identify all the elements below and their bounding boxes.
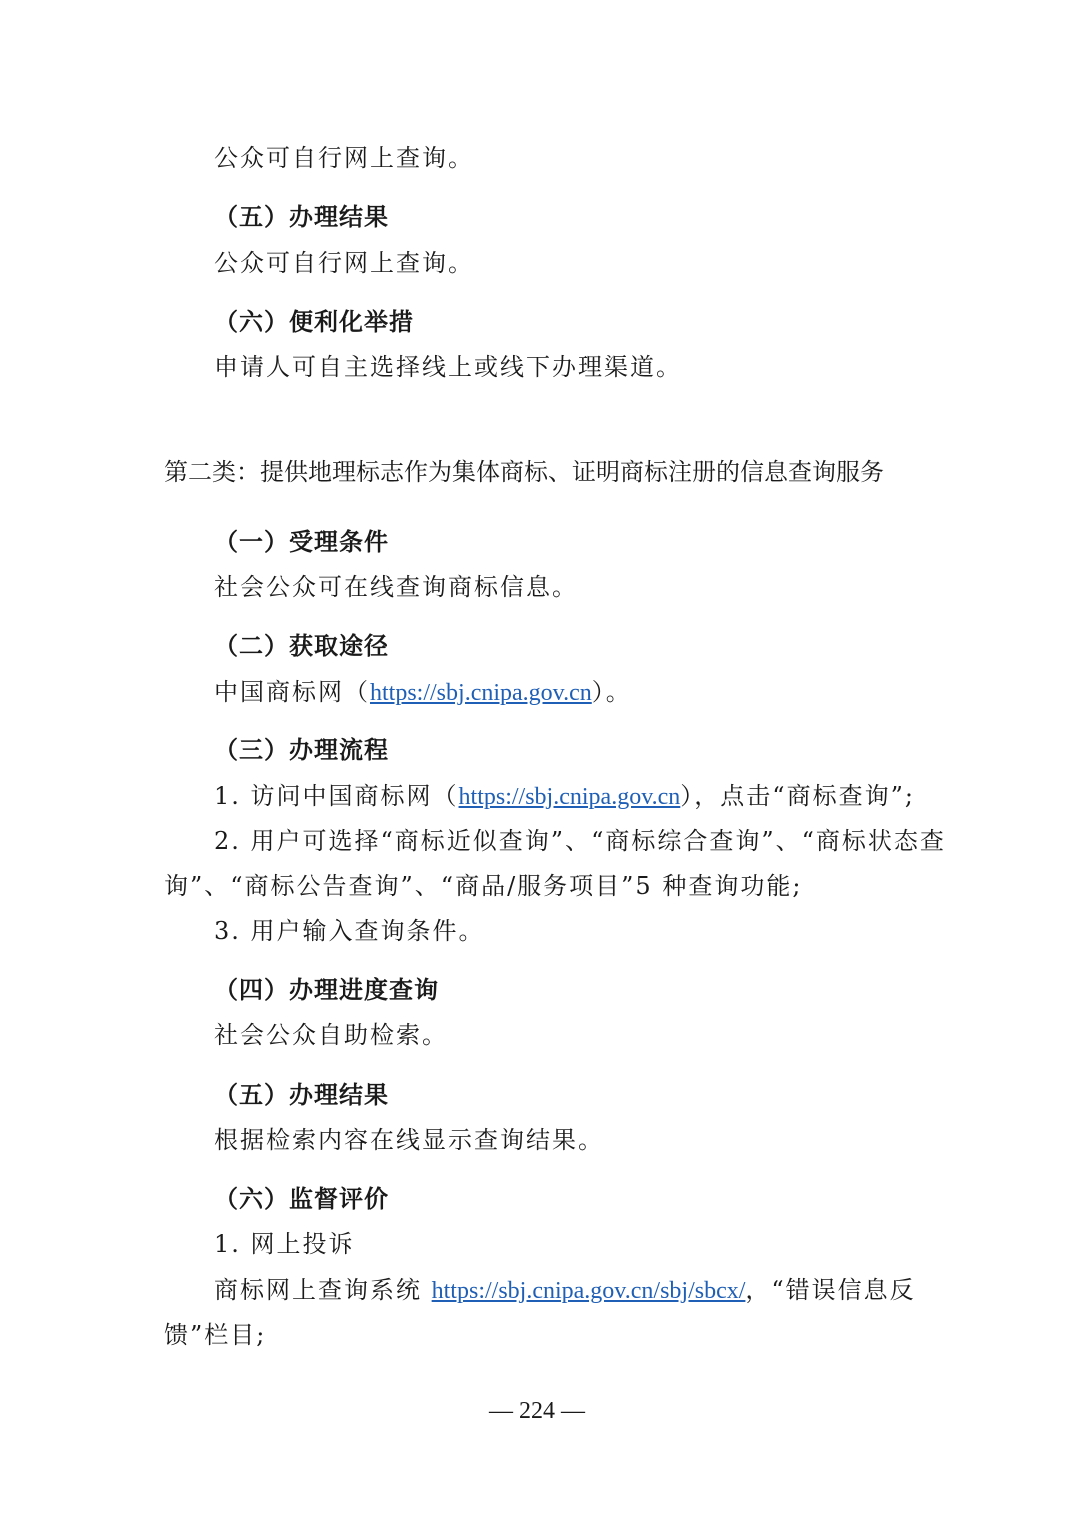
section-heading: （一）受理条件 (214, 527, 389, 557)
section-heading: （四）办理进度查询 (214, 975, 439, 1005)
section-heading: （六）监督评价 (214, 1184, 389, 1214)
text: ，“错误信息反 (745, 1276, 915, 1304)
page-number: — 224 — (0, 1398, 1074, 1425)
cnipa-link[interactable]: https://sbj.cnipa.gov.cn (370, 680, 592, 706)
text: 中国商标网（ (214, 678, 370, 706)
sbcx-link[interactable]: https://sbj.cnipa.gov.cn/sbj/sbcx/ (432, 1278, 746, 1304)
text: 商标网上查询系统 (214, 1276, 432, 1304)
paragraph: 根据检索内容在线显示查询结果。 (214, 1125, 604, 1155)
paragraph: 商标网上查询系统 https://sbj.cnipa.gov.cn/sbj/sb… (214, 1275, 916, 1306)
paragraph: 公众可自行网上查询。 (214, 248, 474, 278)
list-item: 1. 网上投诉 (214, 1229, 355, 1259)
step-2: 2. 用户可选择“商标近似查询”、“商标综合查询”、“商标状态查 (214, 826, 946, 856)
section-heading: （二）获取途径 (214, 631, 389, 661)
step-2-cont: 询”、“商标公告查询”、“商品/服务项目”5 种查询功能; (164, 871, 802, 901)
section-heading: （六）便利化举措 (214, 307, 414, 337)
paragraph-cont: 馈”栏目; (164, 1320, 266, 1350)
step-1: 1. 访问中国商标网（https://sbj.cnipa.gov.cn），点击“… (214, 781, 915, 812)
step-3: 3. 用户输入查询条件。 (214, 916, 485, 946)
section-heading: （三）办理流程 (214, 735, 389, 765)
cnipa-link[interactable]: https://sbj.cnipa.gov.cn (459, 784, 681, 810)
paragraph: 公众可自行网上查询。 (214, 143, 474, 173)
category-title: 第二类：提供地理标志作为集体商标、证明商标注册的信息查询服务 (164, 457, 884, 487)
paragraph: 申请人可自主选择线上或线下办理渠道。 (214, 352, 682, 382)
paragraph: 中国商标网（https://sbj.cnipa.gov.cn）。 (214, 677, 632, 708)
text: ），点击“商标查询”; (680, 782, 915, 810)
text: ）。 (592, 678, 632, 706)
section-heading: （五）办理结果 (214, 202, 389, 232)
text: 1. 访问中国商标网（ (214, 782, 459, 810)
paragraph: 社会公众可在线查询商标信息。 (214, 572, 578, 602)
section-heading: （五）办理结果 (214, 1080, 389, 1110)
paragraph: 社会公众自助检索。 (214, 1020, 448, 1050)
